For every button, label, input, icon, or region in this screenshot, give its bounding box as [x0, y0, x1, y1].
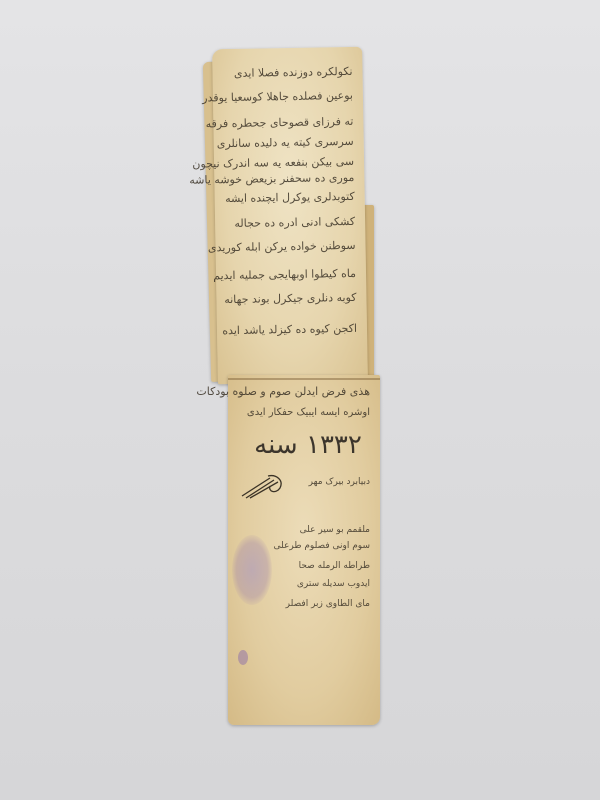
manuscript-line: نکولکره دوزنده فصلا ایدی: [234, 65, 353, 80]
manuscript-line: موری ده سحفنر بزیعض خوشه یاشه: [189, 171, 354, 187]
manuscript-line: ماه کیطوا اوبهایجی جملیه ایدیم: [213, 267, 356, 282]
manuscript-line: ته فرزای قصوحای جحطره فرقه: [206, 115, 354, 131]
manuscript-line: کوبه دنلری جیکرل بوند جهانه: [224, 291, 356, 306]
ink-stain-small: [238, 650, 248, 665]
note-line: مای الطاوی زبر افصلر: [286, 599, 370, 609]
signature-mark-icon: [240, 472, 290, 500]
note-line: سوم اونی فصلوم طرعلی: [274, 541, 371, 551]
manuscript-header-line: اوشره ایسه ایبیک حفکار ایدی: [247, 407, 370, 418]
ink-stain: [232, 535, 272, 605]
manuscript-line: کشکی ادنی ادره ده حجاله: [234, 215, 355, 230]
manuscript-upper-page: نکولکره دوزنده فصلا ایدی بوعین فصلده جاه…: [212, 47, 368, 385]
fold-crease: [228, 378, 380, 380]
photo-scene: نکولکره دوزنده فصلا ایدی بوعین فصلده جاه…: [0, 0, 600, 800]
note-line: ملقمم بو سیر علی: [300, 525, 370, 535]
manuscript-line: سرسری کیته یه دلیده سانلری: [217, 135, 354, 150]
note-line: ایدوب سدیله ستری: [297, 579, 370, 589]
signature-note: دبیابرد بیرک مهر: [309, 477, 370, 487]
manuscript-line: کتوبدلری یوکرل ایچنده ایشه: [225, 190, 355, 205]
manuscript-line: سوطنن خواده یرکن ابله کوریدی: [208, 239, 356, 255]
manuscript-header-line: هذی فرض ایدلن صوم و صلوه بودکات: [196, 385, 370, 398]
note-line: طراطه الرمله صحا: [299, 561, 370, 571]
manuscript-line: اکجن کیوه ده کیزلد یاشد ایده: [222, 322, 357, 337]
manuscript-line: سی بیکن بنفعه یه سه اندرک نیچون: [192, 155, 354, 171]
year-inscription: ١٣٣٢ سنه: [248, 430, 368, 460]
manuscript-line: بوعین فصلده جاهلا کوسعیا یوقدر: [202, 89, 353, 105]
